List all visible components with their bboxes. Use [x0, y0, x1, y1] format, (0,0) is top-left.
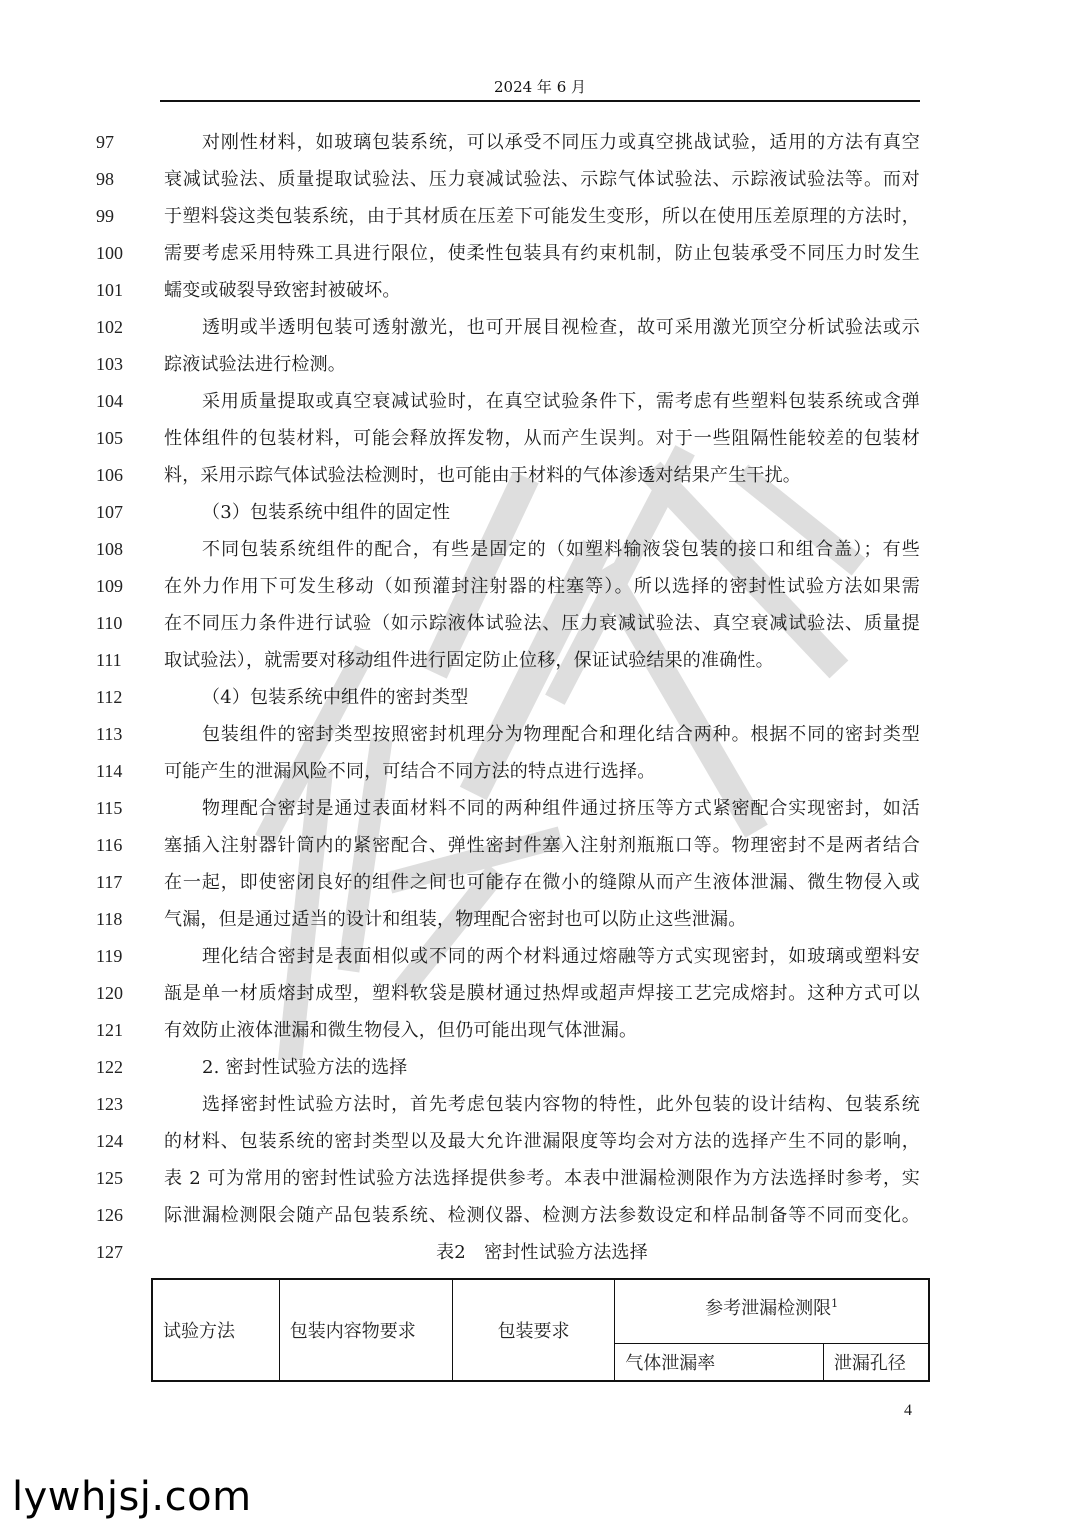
line-number: 99 — [96, 198, 132, 235]
line-text: 理化结合密封是表面相似或不同的两个材料通过熔融等方式实现密封，如玻璃或塑料安 — [164, 938, 920, 975]
header-test-method: 试验方法 — [152, 1279, 279, 1381]
line-number: 110 — [96, 605, 132, 642]
line-number: 114 — [96, 753, 132, 790]
table-caption: 127表2 密封性试验方法选择 — [0, 1234, 1080, 1271]
text-line: 119理化结合密封是表面相似或不同的两个材料通过熔融等方式实现密封，如玻璃或塑料… — [0, 938, 1080, 975]
line-text: 蠕变或破裂导致密封被破坏。 — [164, 272, 920, 309]
header-content-requirements: 包装内容物要求 — [279, 1279, 452, 1381]
text-line: 126际泄漏检测限会随产品包装系统、检测仪器、检测方法参数设定和样品制备等不同而… — [0, 1197, 1080, 1234]
line-number: 106 — [96, 457, 132, 494]
text-line: 97对刚性材料，如玻璃包装系统，可以承受不同压力或真空挑战试验，适用的方法有真空 — [0, 124, 1080, 161]
text-line: 99于塑料袋这类包装系统，由于其材质在压差下可能发生变形，所以在使用压差原理的方… — [0, 198, 1080, 235]
line-text: 性体组件的包装材料，可能会释放挥发物，从而产生误判。对于一些阻隔性能较差的包装材 — [164, 420, 920, 457]
header-detection-limit: 参考泄漏检测限1 — [615, 1279, 929, 1343]
line-number: 113 — [96, 716, 132, 753]
line-text: 有效防止液体泄漏和微生物侵入，但仍可能出现气体泄漏。 — [164, 1012, 920, 1049]
line-text: 选择密封性试验方法时，首先考虑包装内容物的特性，此外包装的设计结构、包装系统 — [164, 1086, 920, 1123]
header-package-requirements: 包装要求 — [452, 1279, 614, 1381]
line-number: 119 — [96, 938, 132, 975]
line-text: 包装组件的密封类型按照密封机理分为物理配合和理化结合两种。根据不同的密封类型 — [164, 716, 920, 753]
line-text: 衰减试验法、质量提取试验法、压力衰减试验法、示踪气体试验法、示踪液试验法等。而对 — [164, 161, 920, 198]
line-number: 120 — [96, 975, 132, 1012]
line-number: 102 — [96, 309, 132, 346]
line-number: 103 — [96, 346, 132, 383]
line-text: 取试验法），就需要对移动组件进行固定防止位移，保证试验结果的准确性。 — [164, 642, 920, 679]
line-number: 127 — [96, 1234, 132, 1271]
text-line: 121有效防止液体泄漏和微生物侵入，但仍可能出现气体泄漏。 — [0, 1012, 1080, 1049]
line-text: 在一起，即使密闭良好的组件之间也可能存在微小的缝隙从而产生液体泄漏、微生物侵入或 — [164, 864, 920, 901]
text-line: 116塞插入注射器针筒内的紧密配合、弹性密封件塞入注射剂瓶瓶口等。物理密封不是两… — [0, 827, 1080, 864]
text-line: 110在不同压力条件进行试验（如示踪液体试验法、压力衰减试验法、真空衰减试验法、… — [0, 605, 1080, 642]
line-text: 于塑料袋这类包装系统，由于其材质在压差下可能发生变形，所以在使用压差原理的方法时… — [164, 198, 920, 235]
line-text: 的材料、包装系统的密封类型以及最大允许泄漏限度等均会对方法的选择产生不同的影响， — [164, 1123, 920, 1160]
line-text: 对刚性材料，如玻璃包装系统，可以承受不同压力或真空挑战试验，适用的方法有真空 — [164, 124, 920, 161]
line-number: 117 — [96, 864, 132, 901]
line-text: 瓿是单一材质熔封成型，塑料软袋是膜材通过热焊或超声焊接工艺完成熔封。这种方式可以 — [164, 975, 920, 1012]
text-line: 105性体组件的包装材料，可能会释放挥发物，从而产生误判。对于一些阻隔性能较差的… — [0, 420, 1080, 457]
page-number: 4 — [904, 1402, 912, 1420]
line-text: 表 2 可为常用的密封性试验方法选择提供参考。本表中泄漏检测限作为方法选择时参考… — [164, 1160, 920, 1197]
line-text: 透明或半透明包装可透射激光，也可开展目视检查，故可采用激光顶空分析试验法或示 — [164, 309, 920, 346]
line-number: 97 — [96, 124, 132, 161]
line-text: 2. 密封性试验方法的选择 — [164, 1049, 920, 1086]
text-line: 103踪液试验法进行检测。 — [0, 346, 1080, 383]
line-text: 塞插入注射器针筒内的紧密配合、弹性密封件塞入注射剂瓶瓶口等。物理密封不是两者结合 — [164, 827, 920, 864]
line-text: 气漏，但是通过适当的设计和组装，物理配合密封也可以防止这些泄漏。 — [164, 901, 920, 938]
line-number: 100 — [96, 235, 132, 272]
line-number: 98 — [96, 161, 132, 198]
line-number: 104 — [96, 383, 132, 420]
line-number: 115 — [96, 790, 132, 827]
header-detection-limit-label: 参考泄漏检测限 — [705, 1298, 831, 1319]
text-line: 114可能产生的泄漏风险不同，可结合不同方法的特点进行选择。 — [0, 753, 1080, 790]
header-rule — [160, 100, 920, 102]
text-line: 104采用质量提取或真空衰减试验时，在真空试验条件下，需考虑有些塑料包装系统或含… — [0, 383, 1080, 420]
text-line: 109在外力作用下可发生移动（如预灌封注射器的柱塞等）。所以选择的密封性试验方法… — [0, 568, 1080, 605]
line-text: 可能产生的泄漏风险不同，可结合不同方法的特点进行选择。 — [164, 753, 920, 790]
text-line: 118气漏，但是通过适当的设计和组装，物理配合密封也可以防止这些泄漏。 — [0, 901, 1080, 938]
line-text: 踪液试验法进行检测。 — [164, 346, 920, 383]
line-number: 111 — [96, 642, 132, 679]
footnote-marker: 1 — [831, 1297, 838, 1310]
section-heading: 107（3）包装系统中组件的固定性 — [0, 494, 1080, 531]
site-watermark-text: lywhjsj.com — [12, 1474, 252, 1520]
text-line: 98衰减试验法、质量提取试验法、压力衰减试验法、示踪气体试验法、示踪液试验法等。… — [0, 161, 1080, 198]
text-line: 111取试验法），就需要对移动组件进行固定防止位移，保证试验结果的准确性。 — [0, 642, 1080, 679]
line-text: 物理配合密封是通过表面材料不同的两种组件通过挤压等方式紧密配合实现密封，如活 — [164, 790, 920, 827]
line-number: 105 — [96, 420, 132, 457]
text-line: 108不同包装系统组件的配合，有些是固定的（如塑料输液袋包装的接口和组合盖）；有… — [0, 531, 1080, 568]
line-text: 采用质量提取或真空衰减试验时，在真空试验条件下，需考虑有些塑料包装系统或含弹 — [164, 383, 920, 420]
line-number: 108 — [96, 531, 132, 568]
text-line: 100需要考虑采用特殊工具进行限位，使柔性包装具有约束机制，防止包装承受不同压力… — [0, 235, 1080, 272]
text-line: 117在一起，即使密闭良好的组件之间也可能存在微小的缝隙从而产生液体泄漏、微生物… — [0, 864, 1080, 901]
text-line: 124的材料、包装系统的密封类型以及最大允许泄漏限度等均会对方法的选择产生不同的… — [0, 1123, 1080, 1160]
line-text: 料，采用示踪气体试验法检测时，也可能由于材料的气体渗透对结果产生干扰。 — [164, 457, 920, 494]
line-number: 124 — [96, 1123, 132, 1160]
section-heading: 112（4）包装系统中组件的密封类型 — [0, 679, 1080, 716]
line-number: 125 — [96, 1160, 132, 1197]
text-line: 125表 2 可为常用的密封性试验方法选择提供参考。本表中泄漏检测限作为方法选择… — [0, 1160, 1080, 1197]
text-line: 123选择密封性试验方法时，首先考虑包装内容物的特性，此外包装的设计结构、包装系… — [0, 1086, 1080, 1123]
line-number: 122 — [96, 1049, 132, 1086]
header-gas-leak-rate: 气体泄漏率 — [615, 1343, 824, 1381]
line-number: 123 — [96, 1086, 132, 1123]
line-text: 际泄漏检测限会随产品包装系统、检测仪器、检测方法参数设定和样品制备等不同而变化。 — [164, 1197, 920, 1234]
line-number: 116 — [96, 827, 132, 864]
header-leak-diameter: 泄漏孔径 — [823, 1343, 929, 1381]
text-line: 113包装组件的密封类型按照密封机理分为物理配合和理化结合两种。根据不同的密封类… — [0, 716, 1080, 753]
text-line: 115物理配合密封是通过表面材料不同的两种组件通过挤压等方式紧密配合实现密封，如… — [0, 790, 1080, 827]
text-line: 106料，采用示踪气体试验法检测时，也可能由于材料的气体渗透对结果产生干扰。 — [0, 457, 1080, 494]
line-text: 需要考虑采用特殊工具进行限位，使柔性包装具有约束机制，防止包装承受不同压力时发生 — [164, 235, 920, 272]
line-number: 118 — [96, 901, 132, 938]
line-text: （4）包装系统中组件的密封类型 — [164, 679, 920, 716]
line-number: 121 — [96, 1012, 132, 1049]
line-text: （3）包装系统中组件的固定性 — [164, 494, 920, 531]
line-number: 112 — [96, 679, 132, 716]
line-number: 107 — [96, 494, 132, 531]
line-text: 不同包装系统组件的配合，有些是固定的（如塑料输液袋包装的接口和组合盖）；有些 — [164, 531, 920, 568]
line-number: 126 — [96, 1197, 132, 1234]
line-text: 表2 密封性试验方法选择 — [164, 1234, 920, 1271]
section-heading: 1222. 密封性试验方法的选择 — [0, 1049, 1080, 1086]
line-text: 在不同压力条件进行试验（如示踪液体试验法、压力衰减试验法、真空衰减试验法、质量提 — [164, 605, 920, 642]
text-line: 102透明或半透明包装可透射激光，也可开展目视检查，故可采用激光顶空分析试验法或… — [0, 309, 1080, 346]
method-selection-table: 试验方法 包装内容物要求 包装要求 参考泄漏检测限1 气体泄漏率 泄漏孔径 — [151, 1278, 930, 1382]
page-header-date: 2024 年 6 月 — [160, 76, 920, 97]
line-text: 在外力作用下可发生移动（如预灌封注射器的柱塞等）。所以选择的密封性试验方法如果需 — [164, 568, 920, 605]
line-number: 109 — [96, 568, 132, 605]
line-number: 101 — [96, 272, 132, 309]
text-line: 120瓿是单一材质熔封成型，塑料软袋是膜材通过热焊或超声焊接工艺完成熔封。这种方… — [0, 975, 1080, 1012]
text-line: 101蠕变或破裂导致密封被破坏。 — [0, 272, 1080, 309]
